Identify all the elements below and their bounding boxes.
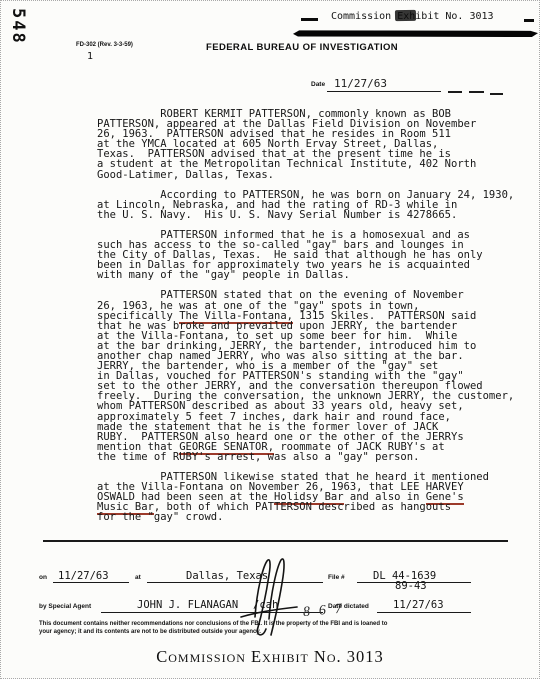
body-line: for the "gay" crowd. <box>97 512 527 522</box>
header-dash-left <box>301 18 318 21</box>
interview-date: 11/27/63 <box>58 570 109 582</box>
date-dash <box>448 91 462 93</box>
date-value: 11/27/63 <box>334 77 387 90</box>
date-dash <box>490 93 503 95</box>
date-underline <box>327 91 441 92</box>
body-line: with many of the "gay" people in Dallas. <box>97 270 527 280</box>
page-number: 1 <box>87 51 93 62</box>
paragraph: ROBERT KERMIT PATTERSON, commonly known … <box>97 109 527 180</box>
body-line: Good-Latimer, Dallas, Texas. <box>97 170 527 180</box>
handwritten-note: 867 <box>302 601 351 621</box>
on-underline <box>53 582 129 583</box>
dictated-underline <box>377 612 471 613</box>
disclaimer-line: your agency; it and its contents are not… <box>39 628 511 636</box>
date-dictated-value: 11/27/63 <box>393 599 444 611</box>
document-page: 548 Commission Exhibit No. 3013 FD-302 (… <box>0 0 540 679</box>
paragraph: PATTERSON informed that he is a homosexu… <box>97 230 527 280</box>
agency-title: FEDERAL BUREAU OF INVESTIGATION <box>206 42 398 53</box>
on-label: on <box>39 574 47 581</box>
footer-separator-line <box>43 540 508 542</box>
paragraph: PATTERSON likewise stated that he heard … <box>97 472 527 522</box>
header-dash-right <box>524 19 534 22</box>
file-number-secondary: 89-43 <box>395 580 427 592</box>
date-label: Date <box>311 81 325 88</box>
margin-page-number: 548 <box>8 8 28 45</box>
disclaimer-line: This document contains neither recommend… <box>39 620 511 628</box>
paragraph: According to PATTERSON, he was born on J… <box>97 190 527 220</box>
paragraph: PATTERSON stated that on the evening of … <box>97 290 527 462</box>
document-body: ROBERT KERMIT PATTERSON, commonly known … <box>97 109 527 532</box>
special-agent-label: by Special Agent <box>39 603 91 610</box>
ink-smudge <box>395 10 416 21</box>
exhibit-caption: Commission Exhibit No. 3013 <box>1 647 539 667</box>
form-number: FD-302 (Rev. 3-3-59) <box>76 42 133 48</box>
body-line: the time of RUBY's arrest, was also a "g… <box>97 452 527 462</box>
body-line: the U. S. Navy. His U. S. Navy Serial Nu… <box>97 210 527 220</box>
date-dash <box>469 91 484 93</box>
disclaimer: This document contains neither recommend… <box>39 620 511 636</box>
black-redaction-bar <box>293 30 538 37</box>
at-label: at <box>135 574 141 581</box>
